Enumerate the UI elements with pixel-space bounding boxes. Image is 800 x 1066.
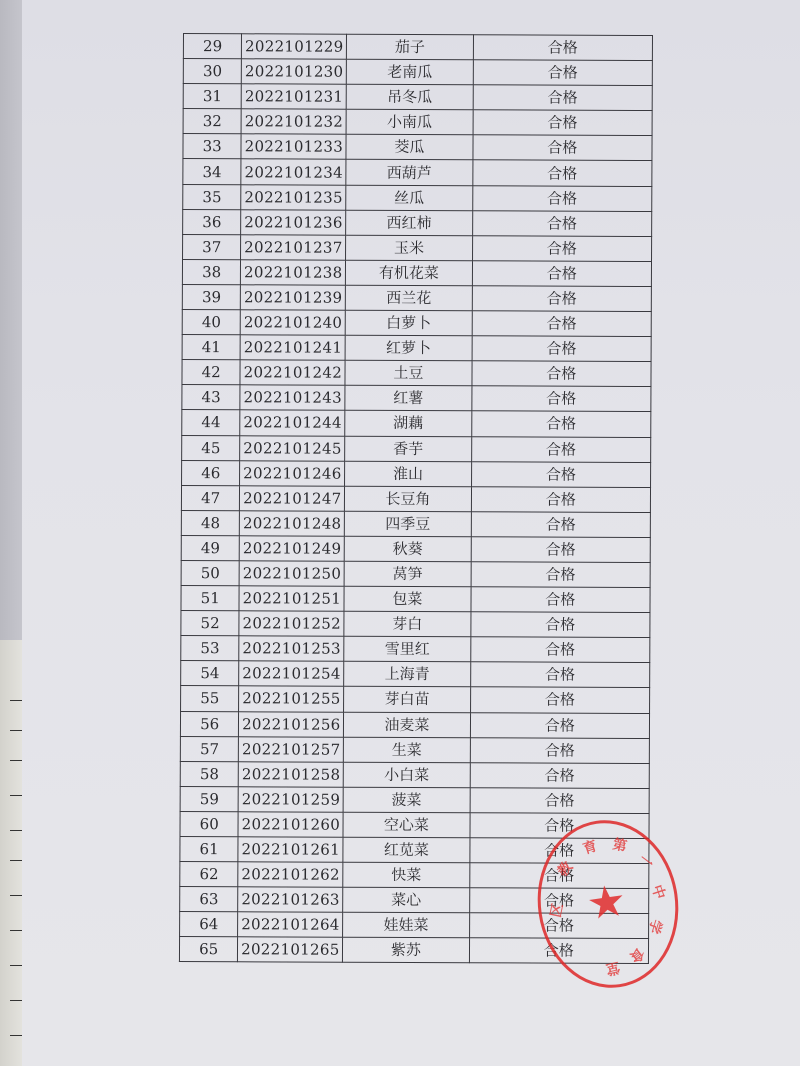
row-sample-code: 2022101249: [240, 536, 345, 562]
row-sample-code: 2022101237: [241, 235, 346, 261]
row-vegetable-name: 湖藕: [345, 411, 471, 437]
row-vegetable-name: 生菜: [344, 737, 470, 763]
row-vegetable-name: 玉米: [346, 235, 472, 261]
row-vegetable-name: 秋葵: [344, 536, 470, 562]
row-vegetable-name: 紫苏: [343, 938, 469, 964]
row-vegetable-name: 老南瓜: [347, 59, 473, 85]
table-row: 502022101250莴笋合格: [181, 560, 650, 587]
row-seq: 36: [183, 209, 241, 234]
row-vegetable-name: 红萝卜: [345, 335, 471, 361]
row-sample-code: 2022101255: [239, 686, 344, 712]
row-sample-code: 2022101234: [241, 159, 346, 185]
row-sample-code: 2022101265: [238, 937, 343, 963]
row-sample-code: 2022101244: [240, 410, 345, 436]
row-vegetable-name: 有机花菜: [346, 260, 472, 286]
row-sample-code: 2022101260: [238, 812, 343, 838]
table-row: 652022101265紫苏合格: [179, 937, 648, 964]
row-vegetable-name: 莴笋: [344, 561, 470, 587]
row-result: 合格: [473, 85, 653, 111]
row-sample-code: 2022101239: [241, 285, 346, 311]
row-sample-code: 2022101233: [241, 134, 346, 160]
row-seq: 62: [180, 862, 238, 887]
row-result: 合格: [470, 762, 650, 788]
row-result: 合格: [472, 286, 652, 312]
row-result: 合格: [471, 486, 651, 512]
row-vegetable-name: 包菜: [344, 586, 470, 612]
table-row: 572022101257生菜合格: [180, 736, 649, 763]
table-row: 462022101246淮山合格: [182, 460, 651, 487]
table-row: 332022101233茭瓜合格: [183, 134, 652, 161]
row-seq: 51: [181, 586, 239, 611]
table-row: 582022101258小白菜合格: [180, 761, 649, 788]
row-result: 合格: [471, 436, 651, 462]
row-sample-code: 2022101231: [242, 84, 347, 110]
row-seq: 58: [180, 761, 238, 786]
row-vegetable-name: 芽白苗: [344, 687, 470, 713]
row-result: 合格: [473, 60, 653, 86]
table-row: 482022101248四季豆合格: [181, 510, 650, 537]
table-row: 382022101238有机花菜合格: [182, 259, 651, 286]
underlying-table-line: [10, 1000, 22, 1001]
row-seq: 64: [180, 912, 238, 937]
table-row: 372022101237玉米合格: [183, 234, 652, 261]
row-vegetable-name: 西红柿: [346, 210, 472, 236]
row-sample-code: 2022101250: [239, 561, 344, 587]
row-result: 合格: [473, 110, 653, 136]
row-vegetable-name: 丝瓜: [346, 185, 472, 211]
underlying-table-line: [10, 730, 22, 731]
row-seq: 55: [181, 686, 239, 711]
table-row: 432022101243红薯合格: [182, 385, 651, 412]
underlying-table-line: [10, 700, 22, 701]
row-vegetable-name: 娃娃菜: [343, 912, 469, 938]
table-row: 472022101247长豆角合格: [181, 485, 650, 512]
row-sample-code: 2022101264: [238, 912, 343, 938]
row-seq: 59: [180, 786, 238, 811]
underlying-table-line: [10, 860, 22, 861]
row-seq: 37: [183, 234, 241, 259]
row-seq: 32: [183, 109, 241, 134]
row-vegetable-name: 吊冬瓜: [346, 84, 472, 110]
table-row: 422022101242土豆合格: [182, 360, 651, 387]
row-sample-code: 2022101243: [240, 385, 345, 411]
row-sample-code: 2022101238: [241, 260, 346, 286]
row-vegetable-name: 香芋: [345, 436, 471, 462]
row-result: 合格: [470, 813, 650, 839]
row-sample-code: 2022101245: [240, 435, 345, 461]
table-row: 492022101249秋葵合格: [181, 535, 650, 562]
underlying-table-line: [10, 965, 22, 966]
row-result: 合格: [472, 311, 652, 337]
row-result: 合格: [471, 461, 651, 487]
row-seq: 52: [181, 611, 239, 636]
row-sample-code: 2022101253: [239, 636, 344, 662]
row-vegetable-name: 快菜: [343, 862, 469, 888]
row-seq: 60: [180, 811, 238, 836]
row-sample-code: 2022101259: [238, 787, 343, 813]
underlying-table-line: [10, 830, 22, 831]
table-row: 602022101260空心菜合格: [180, 811, 649, 838]
underlying-table-line: [10, 930, 22, 931]
underlying-table-line: [10, 760, 22, 761]
row-sample-code: 2022101235: [241, 184, 346, 210]
row-vegetable-name: 四季豆: [345, 511, 471, 537]
table-row: 302022101230老南瓜合格: [183, 59, 652, 86]
row-vegetable-name: 小白菜: [344, 762, 470, 788]
row-result: 合格: [469, 913, 649, 939]
row-result: 合格: [471, 411, 651, 437]
table-row: 412022101241红萝卜合格: [182, 335, 651, 362]
row-seq: 42: [182, 360, 240, 385]
row-result: 合格: [469, 863, 649, 889]
row-sample-code: 2022101251: [239, 586, 344, 612]
row-sample-code: 2022101240: [241, 310, 346, 336]
underlying-table-line: [10, 895, 22, 896]
row-seq: 45: [182, 435, 240, 460]
row-sample-code: 2022101229: [242, 34, 347, 60]
row-seq: 57: [180, 736, 238, 761]
row-result: 合格: [472, 336, 652, 362]
row-result: 合格: [471, 537, 651, 563]
table-row: 312022101231吊冬瓜合格: [183, 84, 652, 111]
row-vegetable-name: 小南瓜: [346, 109, 472, 135]
row-sample-code: 2022101258: [239, 761, 344, 787]
row-vegetable-name: 西葫芦: [346, 160, 472, 186]
row-sample-code: 2022101257: [239, 736, 344, 762]
row-result: 合格: [469, 838, 649, 864]
inspection-results-table: 292022101229茄子合格302022101230老南瓜合格3120221…: [179, 33, 653, 965]
row-seq: 40: [182, 310, 240, 335]
row-result: 合格: [470, 712, 650, 738]
row-vegetable-name: 菜心: [343, 887, 469, 913]
row-vegetable-name: 上海青: [344, 662, 470, 688]
row-result: 合格: [470, 612, 650, 638]
row-vegetable-name: 芽白: [344, 611, 470, 637]
row-seq: 38: [182, 259, 240, 284]
row-result: 合格: [470, 788, 650, 814]
row-result: 合格: [469, 938, 649, 964]
table-row: 592022101259菠菜合格: [180, 786, 649, 813]
table-row: 562022101256油麦菜合格: [180, 711, 649, 738]
row-seq: 35: [183, 184, 241, 209]
table-row: 392022101239西兰花合格: [182, 284, 651, 311]
row-result: 合格: [470, 687, 650, 713]
row-sample-code: 2022101261: [238, 837, 343, 863]
row-seq: 43: [182, 385, 240, 410]
row-sample-code: 2022101236: [241, 209, 346, 235]
row-result: 合格: [472, 185, 652, 211]
row-sample-code: 2022101248: [240, 511, 345, 537]
row-seq: 34: [183, 159, 241, 184]
table-row: 442022101244湖藕合格: [182, 410, 651, 437]
row-seq: 65: [179, 937, 237, 962]
row-sample-code: 2022101256: [239, 711, 344, 737]
row-sample-code: 2022101242: [240, 360, 345, 386]
table-row: 612022101261红苋菜合格: [180, 836, 649, 863]
table-row: 642022101264娃娃菜合格: [180, 912, 649, 939]
table-row: 402022101240白萝卜合格: [182, 310, 651, 337]
row-result: 合格: [472, 210, 652, 236]
row-result: 合格: [472, 135, 652, 161]
row-seq: 29: [183, 34, 241, 59]
row-result: 合格: [471, 512, 651, 538]
row-vegetable-name: 土豆: [345, 360, 471, 386]
row-result: 合格: [471, 587, 651, 613]
row-seq: 47: [181, 485, 239, 510]
underlying-table-line: [10, 1035, 22, 1036]
table-row: 532022101253雪里红合格: [181, 636, 650, 663]
row-result: 合格: [472, 236, 652, 262]
row-vegetable-name: 菠菜: [343, 787, 469, 813]
row-vegetable-name: 红薯: [345, 386, 471, 412]
row-sample-code: 2022101252: [239, 611, 344, 637]
row-result: 合格: [470, 637, 650, 663]
row-seq: 50: [181, 560, 239, 585]
row-result: 合格: [472, 261, 652, 287]
table-row: 452022101245香芋合格: [182, 435, 651, 462]
table-row: 552022101255芽白苗合格: [181, 686, 650, 713]
row-result: 合格: [470, 737, 650, 763]
table-row: 522022101252芽白合格: [181, 611, 650, 638]
row-vegetable-name: 茄子: [347, 34, 473, 60]
row-result: 合格: [472, 361, 652, 387]
table-row: 352022101235丝瓜合格: [183, 184, 652, 211]
row-seq: 63: [180, 887, 238, 912]
underlying-table-line: [10, 795, 22, 796]
row-seq: 53: [181, 636, 239, 661]
table-row: 512022101251包菜合格: [181, 586, 650, 613]
row-sample-code: 2022101232: [241, 109, 346, 135]
row-sample-code: 2022101263: [238, 887, 343, 913]
row-vegetable-name: 淮山: [345, 461, 471, 487]
row-sample-code: 2022101247: [240, 485, 345, 511]
row-seq: 46: [182, 460, 240, 485]
row-seq: 49: [181, 535, 239, 560]
table-row: 362022101236西红柿合格: [183, 209, 652, 236]
row-vegetable-name: 红苋菜: [343, 837, 469, 863]
table-row: 622022101262快菜合格: [180, 862, 649, 889]
row-seq: 56: [180, 711, 238, 736]
row-seq: 61: [180, 836, 238, 861]
table-row: 322022101232小南瓜合格: [183, 109, 652, 136]
row-vegetable-name: 茭瓜: [346, 135, 472, 161]
table-row: 632022101263菜心合格: [180, 887, 649, 914]
row-sample-code: 2022101262: [238, 862, 343, 888]
row-seq: 33: [183, 134, 241, 159]
row-result: 合格: [471, 386, 651, 412]
row-vegetable-name: 油麦菜: [344, 712, 470, 738]
row-vegetable-name: 空心菜: [343, 812, 469, 838]
row-seq: 30: [183, 59, 241, 84]
row-seq: 54: [181, 661, 239, 686]
row-result: 合格: [469, 888, 649, 914]
row-vegetable-name: 长豆角: [345, 486, 471, 512]
table-row: 342022101234西葫芦合格: [183, 159, 652, 186]
row-seq: 41: [182, 335, 240, 360]
row-vegetable-name: 西兰花: [346, 285, 472, 311]
row-sample-code: 2022101254: [239, 661, 344, 687]
row-seq: 48: [181, 510, 239, 535]
row-seq: 31: [183, 84, 241, 109]
row-vegetable-name: 雪里红: [344, 636, 470, 662]
row-result: 合格: [471, 562, 651, 588]
row-sample-code: 2022101230: [242, 59, 347, 85]
row-result: 合格: [470, 662, 650, 688]
row-seq: 44: [182, 410, 240, 435]
row-seq: 39: [182, 284, 240, 309]
table-row: 292022101229茄子合格: [183, 34, 652, 61]
row-sample-code: 2022101241: [240, 335, 345, 361]
row-result: 合格: [473, 35, 653, 61]
row-vegetable-name: 白萝卜: [345, 310, 471, 336]
row-result: 合格: [472, 160, 652, 186]
row-sample-code: 2022101246: [240, 460, 345, 486]
table-row: 542022101254上海青合格: [181, 661, 650, 688]
